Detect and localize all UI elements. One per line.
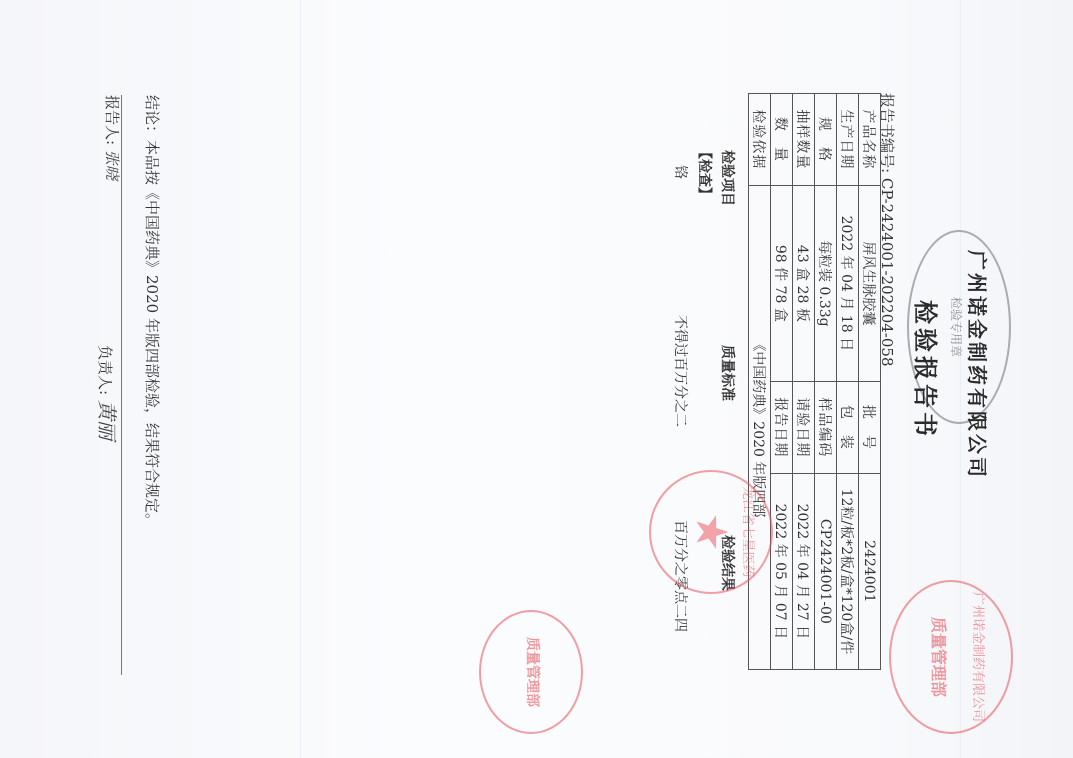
qa-red-stamp-2: 质量管理部 <box>479 610 583 734</box>
responsible-label: 负责人: <box>96 345 114 395</box>
lab-stamp-text: 龙江省七星医药 <box>740 472 759 592</box>
responsible-signature: 黄丽 <box>95 400 119 440</box>
info-label: 包 装 <box>837 381 859 473</box>
info-row: 规 格每粒装 0.33g样品编码CP2424001-00 <box>815 94 837 670</box>
info-value: 2022 年 04 月 18 日 <box>837 185 859 381</box>
info-label: 产品名称 <box>859 94 881 186</box>
info-label: 数 量 <box>771 94 793 186</box>
info-label: 样品编码 <box>815 381 837 473</box>
info-label: 请验日期 <box>793 381 815 473</box>
info-value: 2424001 <box>859 473 881 669</box>
info-value: 43 盒 28 板 <box>793 185 815 381</box>
info-row: 抽样数量43 盒 28 板请验日期2022 年 04 月 27 日 <box>793 94 815 670</box>
reporter-label: 报告人: <box>103 95 121 145</box>
rotated-report-page: 检验专用章 广州诺金制药有限公司 检验报告书 报告书编号: CP-2424001… <box>0 0 1073 758</box>
item-name: 铬 <box>671 165 691 179</box>
info-value: 2022 年 04 月 27 日 <box>793 473 815 669</box>
conclusion-text: 结论：本品按《中国药典》2020 年版四部检验，结果符合规定。 <box>142 95 163 528</box>
info-value: 2022 年 05 月 07 日 <box>771 473 793 669</box>
info-value: 98 件 78 盒 <box>771 185 793 381</box>
lab-red-stamp: 龙江省七星医药 ★ <box>649 470 773 594</box>
company-name: 广州诺金制药有限公司 <box>964 250 993 480</box>
reporter: 报告人: 张晓 <box>102 95 123 180</box>
item-standard: 不得过百万分之二 <box>671 315 691 427</box>
company-stamp-text: 检验专用章 <box>948 232 965 422</box>
basis-value: 《中国药典》2020 年版四部 <box>749 185 771 669</box>
document-title: 检验报告书 <box>910 300 945 440</box>
basis-label: 检验依据 <box>749 94 771 186</box>
section-check: 【检查】 <box>695 145 715 201</box>
info-row: 生产日期2022 年 04 月 18 日包 装12粒/板*2板/盒*120盒/件 <box>837 94 859 670</box>
reporter-signature: 张晓 <box>103 150 121 180</box>
qa-stamp-top-text: 广州诺金制药有限公司 <box>970 582 989 732</box>
column-inspection-item: 检验项目 <box>718 150 738 206</box>
info-row: 产品名称屏风生脉胶囊批 号2424001 <box>859 94 881 670</box>
info-value: CP2424001-00 <box>815 473 837 669</box>
info-value: 12粒/板*2板/盒*120盒/件 <box>837 473 859 669</box>
info-label: 批 号 <box>859 381 881 473</box>
info-table: 产品名称屏风生脉胶囊批 号2424001生产日期2022 年 04 月 18 日… <box>748 93 881 670</box>
info-label: 报告日期 <box>771 381 793 473</box>
info-value: 屏风生脉胶囊 <box>859 185 881 381</box>
responsible: 负责人: 黄丽 <box>94 345 123 440</box>
info-label: 生产日期 <box>837 94 859 186</box>
qa-stamp-bottom-text: 质量管理部 <box>928 582 951 732</box>
info-value: 每粒装 0.33g <box>815 185 837 381</box>
qa-stamp-2-text: 质量管理部 <box>523 612 543 732</box>
info-row: 数 量98 件 78 盒报告日期2022 年 05 月 07 日 <box>771 94 793 670</box>
star-icon: ★ <box>686 512 737 551</box>
column-quality-standard: 质量标准 <box>718 345 738 401</box>
info-label: 规 格 <box>815 94 837 186</box>
qa-red-stamp: 广州诺金制药有限公司 质量管理部 <box>889 580 1013 734</box>
info-label: 抽样数量 <box>793 94 815 186</box>
